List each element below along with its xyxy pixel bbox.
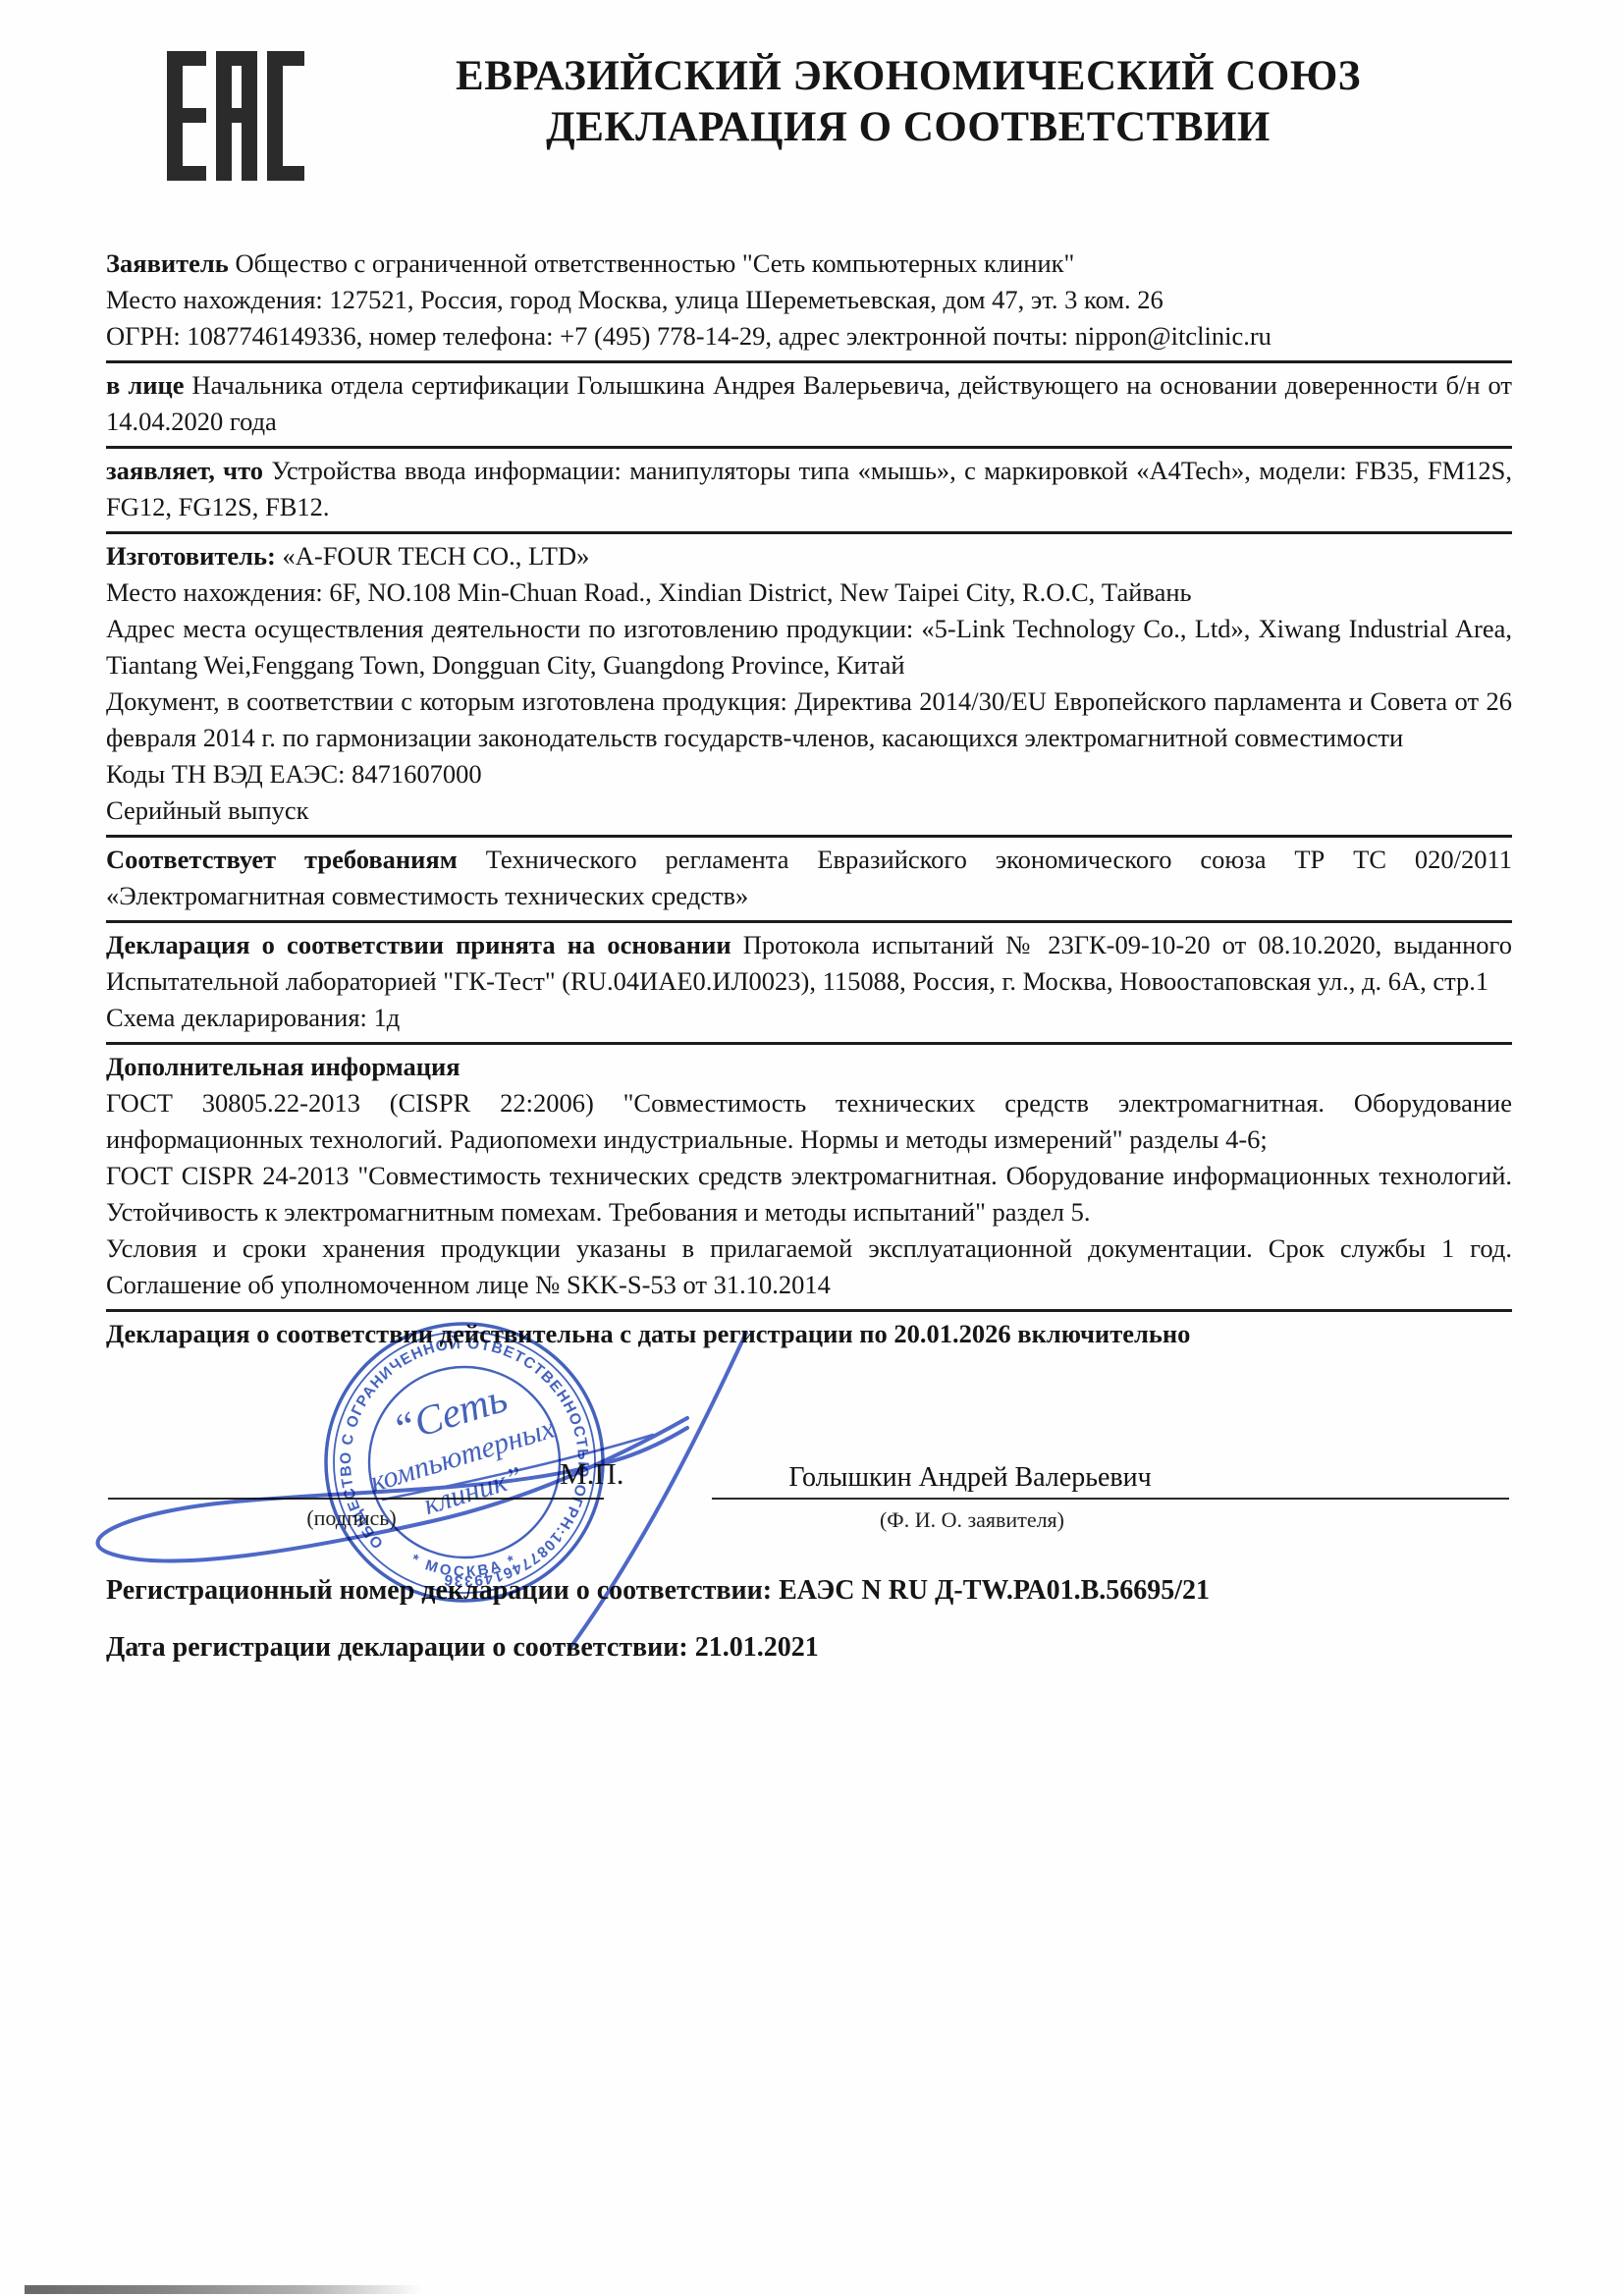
release-type: Серийный выпуск [106, 793, 1512, 829]
product-description: Устройства ввода информации: манипулятор… [106, 456, 1512, 521]
eaeu-declaration-document: ЕВРАЗИЙСКИЙ ЭКОНОМИЧЕСКИЙ СОЮЗ ДЕКЛАРАЦИ… [0, 0, 1623, 2296]
section-compliance: Соответствует требованиям Технического р… [106, 838, 1512, 923]
registration-date-value: 21.01.2021 [695, 1632, 819, 1663]
gost-cispr-line: ГОСТ CISPR 24-2013 "Совместимость технич… [106, 1158, 1512, 1230]
manufacturer-label: Изготовитель: [106, 541, 276, 571]
section-validity: Декларация о соответствии действительна … [106, 1312, 1512, 1358]
signature-line [108, 1498, 604, 1500]
stamp-center-line1: “Сеть [387, 1376, 512, 1453]
validity-statement: Декларация о соответствии действительна … [106, 1319, 1190, 1348]
section-basis: Декларация о соответствии принята на осн… [106, 923, 1512, 1045]
section-applicant: Заявитель Общество с ограниченной ответс… [106, 242, 1512, 363]
section-declares: заявляет, что Устройства ввода информаци… [106, 449, 1512, 534]
declares-label: заявляет, что [106, 456, 263, 485]
title-block: ЕВРАЗИЙСКИЙ ЭКОНОМИЧЕСКИЙ СОЮЗ ДЕКЛАРАЦИ… [304, 51, 1512, 154]
applicant-name: Общество с ограниченной ответственностью… [235, 248, 1074, 278]
signer-name-line [712, 1498, 1509, 1500]
signer-name-caption: (Ф. И. О. заявителя) [776, 1507, 1168, 1533]
applicant-label: Заявитель [106, 248, 229, 278]
document-title: ДЕКЛАРАЦИЯ О СООТВЕТСТВИИ [304, 102, 1512, 153]
basis-label: Декларация о соответствии принята на осн… [106, 930, 731, 959]
applicant-ogrn-contacts: ОГРН: 1087746149336, номер телефона: +7 … [106, 318, 1512, 355]
signer-name: Голышкин Андрей Валерьевич [695, 1462, 1245, 1494]
registration-block: Регистрационный номер декларации о соотв… [106, 1575, 1512, 1664]
stamp-center-line2: компьютерных [366, 1411, 559, 1499]
additional-info-label: Дополнительная информация [106, 1052, 460, 1081]
registration-date-label: Дата регистрации декларации о соответств… [106, 1632, 688, 1663]
declaration-body: Заявитель Общество с ограниченной ответс… [106, 242, 1512, 1358]
mp-seal-placeholder: М.П. [560, 1456, 623, 1492]
manufacturer-name: «A-FOUR TECH CO., LTD» [282, 541, 589, 571]
manufacturer-production-address: Адрес места осуществления деятельности п… [106, 611, 1512, 683]
signature-area: (подпись) М.П. Голышкин Андрей Валерьеви… [106, 1362, 1512, 1563]
applicant-address: Место нахождения: 127521, Россия, город … [106, 282, 1512, 318]
representative-text: Начальника отдела сертификации Голышкина… [106, 370, 1512, 436]
union-title: ЕВРАЗИЙСКИЙ ЭКОНОМИЧЕСКИЙ СОЮЗ [304, 51, 1512, 102]
registration-number-value: ЕАЭС N RU Д-TW.РА01.В.56695/21 [779, 1575, 1210, 1606]
tnved-codes: Коды ТН ВЭД ЕАЭС: 8471607000 [106, 756, 1512, 793]
storage-terms-line: Условия и сроки хранения продукции указа… [106, 1230, 1512, 1303]
eac-mark-icon [167, 51, 304, 181]
scan-edge-artifact [25, 2285, 422, 2294]
section-representative: в лице Начальника отдела сертификации Го… [106, 363, 1512, 449]
signature-caption: (подпись) [243, 1505, 460, 1531]
representative-label: в лице [106, 370, 185, 400]
manufacturer-document: Документ, в соответствии с которым изгот… [106, 683, 1512, 756]
section-additional-info: Дополнительная информация ГОСТ 30805.22-… [106, 1045, 1512, 1312]
registration-number-label: Регистрационный номер декларации о соотв… [106, 1575, 772, 1606]
declaration-scheme: Схема декларирования: 1д [106, 1000, 1512, 1036]
compliance-label: Соответствует требованиям [106, 845, 458, 874]
document-header: ЕВРАЗИЙСКИЙ ЭКОНОМИЧЕСКИЙ СОЮЗ ДЕКЛАРАЦИ… [0, 0, 1623, 181]
gost-30805-line: ГОСТ 30805.22-2013 (CISPR 22:2006) "Совм… [106, 1085, 1512, 1158]
manufacturer-address: Место нахождения: 6F, NO.108 Min-Chuan R… [106, 574, 1512, 611]
section-manufacturer: Изготовитель: «A-FOUR TECH CO., LTD» Мес… [106, 534, 1512, 838]
